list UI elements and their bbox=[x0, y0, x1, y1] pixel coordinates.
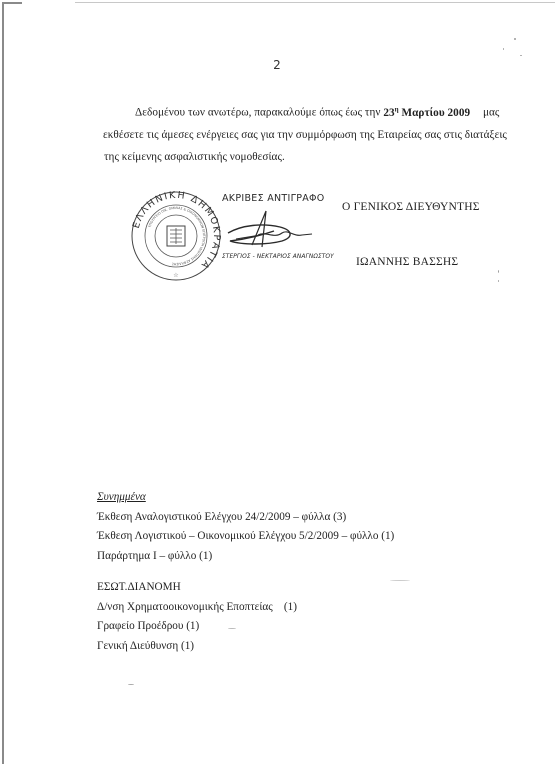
scan-edge-corner bbox=[2, 2, 22, 4]
document-page: 2 Δεδομένου των ανωτέρω, παρακαλούμε όπω… bbox=[0, 0, 558, 766]
paragraph-line-1: Δεδομένου των ανωτέρω, παρακαλούμε όπως … bbox=[104, 98, 506, 124]
attachment-item: Παράρτημα Ι – φύλλο (1) bbox=[97, 547, 394, 567]
svg-text:☆: ☆ bbox=[173, 272, 178, 279]
page-number: 2 bbox=[262, 58, 292, 72]
signature-icon bbox=[222, 205, 322, 253]
distribution-item: Δ/νση Χρηματοοικονομικής Εποπτείας (1) bbox=[97, 598, 297, 618]
director-title: Ο ΓΕΝΙΚΟΣ ΔΙΕΥΘΥΝΤΗΣ bbox=[342, 201, 480, 213]
scan-speck bbox=[520, 55, 522, 56]
attachment-item: Έκθεση Αναλογιστικού Ελέγχου 24/2/2009 –… bbox=[97, 508, 394, 528]
line1-text: Δεδομένου των ανωτέρω, παρακαλούμε όπως … bbox=[135, 107, 380, 119]
stamp-signatory: ΣΤΕΡΓΙΟΣ - ΝΕΚΤΑΡΙΟΣ ΑΝΑΓΝΩΣΤΟΥ bbox=[222, 252, 334, 260]
line1-end: μας bbox=[483, 107, 499, 119]
certified-copy-label: ΑΚΡΙΒΕΣ ΑΝΤΙΓΡΑΦΟ bbox=[222, 193, 325, 204]
distribution-item: Γραφείο Προέδρου (1) bbox=[97, 617, 297, 637]
scan-speck bbox=[514, 38, 516, 40]
scan-speck bbox=[128, 684, 134, 685]
paragraph-line-3: της κείμενης ασφαλιστικής νομοθεσίας. bbox=[104, 146, 506, 168]
distribution-list: ΕΣΩΤ.ΔΙΑΝΟΜΗ Δ/νση Χρηματοοικονομικής Επ… bbox=[97, 578, 297, 656]
deadline-date: 23η Μαρτίου 2009 bbox=[383, 107, 470, 119]
scan-speck bbox=[228, 628, 236, 629]
svg-text:ΕΛΛΗΝΙΚΗ ΔΗΜΟΚΡΑΤΙΑ: ΕΛΛΗΝΙΚΗ ΔΗΜΟΚΡΑΤΙΑ bbox=[131, 190, 222, 271]
distribution-heading: ΕΣΩΤ.ΔΙΑΝΟΜΗ bbox=[97, 578, 297, 598]
scan-speck bbox=[390, 580, 410, 581]
attachments-list: Συνημμένα Έκθεση Αναλογιστικού Ελέγχου 2… bbox=[97, 488, 394, 566]
scan-speck bbox=[498, 280, 499, 282]
distribution-item: Γενική Διεύθυνση (1) bbox=[97, 637, 297, 657]
scan-edge-left bbox=[2, 2, 4, 764]
date-month-year: Μαρτίου 2009 bbox=[402, 107, 471, 119]
scan-edge-top bbox=[75, 2, 555, 3]
date-ordinal: η bbox=[395, 105, 399, 113]
paragraph-line-2: εκθέσετε τις άμεσες ενέργειες σας για τη… bbox=[103, 124, 506, 146]
attachment-item: Έκθεση Λογιστικού – Οικονομικού Ελέγχου … bbox=[97, 527, 394, 547]
scan-speck bbox=[503, 48, 504, 50]
attachments-heading: Συνημμένα bbox=[97, 488, 394, 508]
body-paragraph: Δεδομένου των ανωτέρω, παρακαλούμε όπως … bbox=[104, 98, 506, 168]
scan-speck bbox=[498, 270, 499, 273]
official-seal-icon: ΕΛΛΗΝΙΚΗ ΔΗΜΟΚΡΑΤΙΑ ΥΠΟΥΡΓΕΙΟ ΟΙΚ. ΟΜΙΛΙ… bbox=[130, 190, 222, 282]
director-name: ΙΩΑΝΝΗΣ ΒΑΣΣΗΣ bbox=[356, 256, 458, 268]
date-day: 23 bbox=[383, 107, 394, 119]
